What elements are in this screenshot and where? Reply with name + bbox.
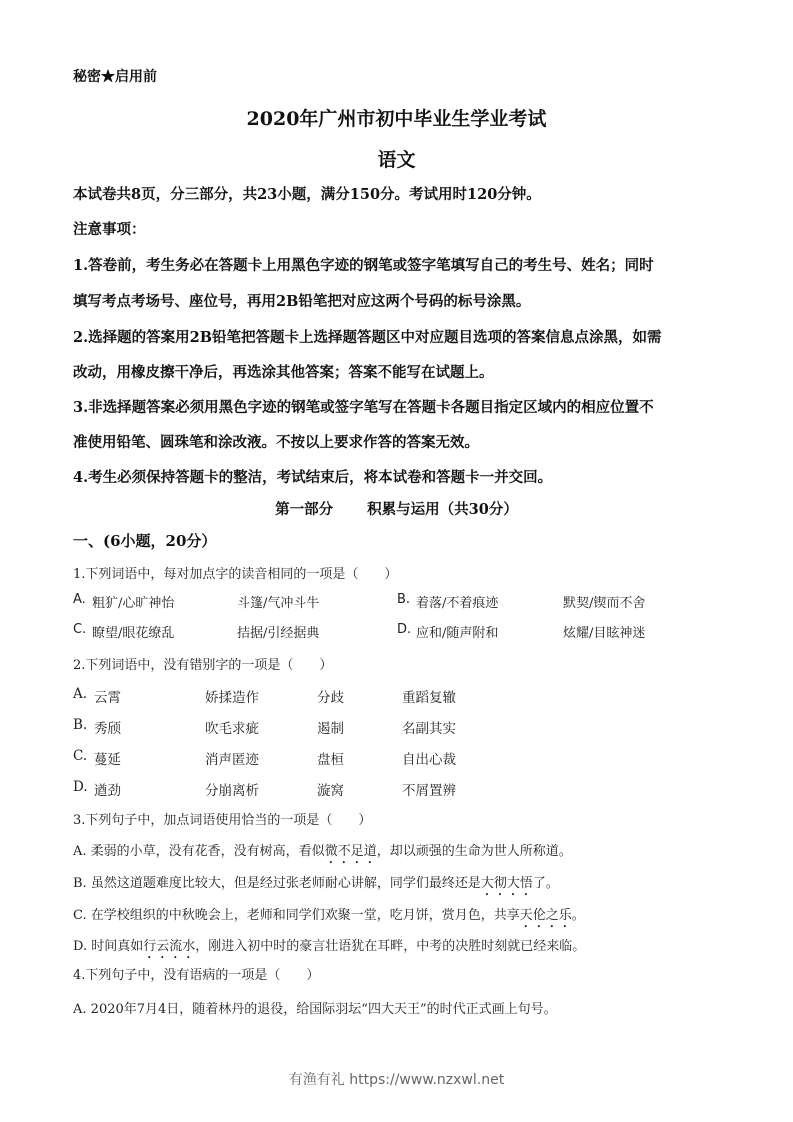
question-3-stem: 3.下列句子中，加点词语使用恰当的一项是（ ） <box>73 809 371 828</box>
option-letter: B. <box>73 876 87 891</box>
option-text: 在学校组织的中秋晚会上，老师和同学们欢聚一堂，吃月饼，赏月色，共享 <box>91 908 520 923</box>
option-text: 。 <box>572 908 585 923</box>
exam-page: 秘密★启用前 2020年广州市初中毕业生学业考试 语文 本试卷共8页，分三部分，… <box>0 0 793 1122</box>
option-letter: D. <box>73 939 87 954</box>
part-name: 积累与运用（共30分） <box>367 501 518 518</box>
exam-intro: 本试卷共8页，分三部分，共23小题，满分150分。考试用时120分钟。 <box>73 183 541 204</box>
q3-option-b: B. 虽然这道题难度比较大，但是经过张老师耐心讲解，同学们最终还是大彻大悟了。 <box>73 872 559 899</box>
q2-option-d-word: 遒劲 <box>94 779 121 799</box>
q2-option-c-word: 盘桓 <box>317 748 344 768</box>
q2-option-b-word: 遏制 <box>317 717 344 737</box>
q2-option-c-word: 自出心裁 <box>402 748 456 768</box>
q3-option-a: A. 柔弱的小草，没有花香，没有树高，看似微不足道，却以顽强的生命为世人所称道。 <box>73 840 572 867</box>
option-letter: C. <box>73 908 87 923</box>
dotted-phrase: 行云流水 <box>143 939 195 954</box>
q2-option-d-word: 分崩离析 <box>205 779 259 799</box>
q2-option-d-letter: D. <box>73 779 88 795</box>
q1-option-d-word2: 炫耀/目眩神迷 <box>563 622 645 641</box>
q3-option-d: D. 时间真如行云流水，刚进入初中时的豪言壮语犹在耳畔，中考的决胜时刻就已经来临… <box>73 935 585 962</box>
q2-option-a-word: 分歧 <box>317 686 344 706</box>
q2-option-a-letter: A. <box>73 686 87 702</box>
question-4-stem: 4.下列句子中，没有语病的一项是（ ） <box>73 964 319 983</box>
q2-option-c-word: 蔓延 <box>94 748 121 768</box>
q1-option-b-word1: 着落/不着痕迹 <box>416 592 498 611</box>
q1-option-a-word1: 粗犷/心旷神怡 <box>92 592 174 611</box>
option-text: 柔弱的小草，没有花香，没有树高，看似 <box>91 844 325 859</box>
part-heading: 第一部分积累与运用（共30分） <box>0 498 793 519</box>
q2-option-c-word: 消声匿迹 <box>205 748 259 768</box>
q4-option-a: A. 2020年7月4日，随着林丹的退役，给国际羽坛“四大天王”的时代正式画上句… <box>73 998 557 1017</box>
notice-line: 1.答卷前，考生务必在答题卡上用黑色字迹的钢笔或签字笔填写自己的考生号、姓名；同… <box>73 254 654 275</box>
option-text: ，刚进入初中时的豪言壮语犹在耳畔，中考的决胜时刻就已经来临。 <box>195 939 585 954</box>
question-1-stem: 1.下列词语中，每对加点字的读音相同的一项是（ ） <box>73 563 397 582</box>
q2-option-b-word: 名副其实 <box>402 717 456 737</box>
option-text: 2020年7月4日，随着林丹的退役，给国际羽坛“四大天王”的时代正式画上句号。 <box>91 1002 557 1017</box>
q2-option-c-letter: C. <box>73 748 87 764</box>
dotted-phrase: 天伦之乐 <box>520 908 572 923</box>
option-text: ，却以顽强的生命为世人所称道。 <box>377 844 572 859</box>
question-2-stem: 2.下列词语中，没有错别字的一项是（ ） <box>73 654 332 673</box>
q2-option-a-word: 娇揉造作 <box>205 686 259 706</box>
q1-option-b-letter: B. <box>397 592 410 607</box>
q2-option-b-word: 秀颀 <box>94 717 121 737</box>
notice-line: 准使用铅笔、圆珠笔和涂改液。不按以上要求作答的答案无效。 <box>73 431 479 452</box>
q1-option-c-word2: 拮据/引经据典 <box>237 622 319 641</box>
q3-option-c: C. 在学校组织的中秋晚会上，老师和同学们欢聚一堂，吃月饼，赏月色，共享天伦之乐… <box>73 904 585 931</box>
notice-line: 2.选择题的答案用2B铅笔把答题卡上选择题答题区中对应题目选项的答案信息点涂黑，… <box>73 326 661 347</box>
q1-option-c-letter: C. <box>73 622 86 637</box>
q1-option-a-letter: A. <box>73 592 86 607</box>
section-heading: 一、(6小题，20分） <box>73 530 216 551</box>
option-text: 虽然这道题难度比较大，但是经过张老师耐心讲解，同学们最终还是 <box>91 876 481 891</box>
q1-option-a-word2: 斗篷/气冲斗牛 <box>237 592 319 611</box>
watermark-footer: 有渔有礼 https://www.nzxwl.net <box>0 1069 793 1089</box>
option-letter: A. <box>73 1002 87 1017</box>
q1-option-c-word1: 瞭望/眼花缭乱 <box>92 622 174 641</box>
notice-line: 4.考生必须保持答题卡的整洁，考试结束后，将本试卷和答题卡一并交回。 <box>73 466 552 487</box>
option-text: 了。 <box>533 876 559 891</box>
secret-label: 秘密★启用前 <box>73 66 157 86</box>
q2-option-d-word: 不屑置辨 <box>402 779 456 799</box>
q1-option-d-letter: D. <box>397 622 411 637</box>
q2-option-a-word: 重蹈复辙 <box>402 686 456 706</box>
part-label: 第一部分 <box>275 501 333 518</box>
notice-line: 填写考点考场号、座位号，再用2B铅笔把对应这两个号码的标号涂黑。 <box>73 290 530 311</box>
option-letter: A. <box>73 844 87 859</box>
notice-heading: 注意事项： <box>73 218 146 239</box>
dotted-phrase: 微不足道 <box>325 844 377 859</box>
q2-option-b-word: 吹毛求疵 <box>205 717 259 737</box>
q1-option-b-word2: 默契/锲而不舍 <box>563 592 645 611</box>
notice-line: 3.非选择题答案必须用黑色字迹的钢笔或签字笔写在答题卡各题目指定区域内的相应位置… <box>73 396 654 417</box>
q2-option-b-letter: B. <box>73 717 87 733</box>
q1-option-d-word1: 应和/随声附和 <box>416 622 498 641</box>
option-text: 时间真如 <box>91 939 143 954</box>
exam-subject: 语文 <box>0 145 793 172</box>
notice-line: 改动，用橡皮擦干净后，再选涂其他答案；答案不能写在试题上。 <box>73 361 494 382</box>
q2-option-a-word: 云霄 <box>94 686 121 706</box>
dotted-phrase: 大彻大悟 <box>481 876 533 891</box>
exam-title: 2020年广州市初中毕业生学业考试 <box>0 104 793 131</box>
q2-option-d-word: 漩窝 <box>317 779 344 799</box>
